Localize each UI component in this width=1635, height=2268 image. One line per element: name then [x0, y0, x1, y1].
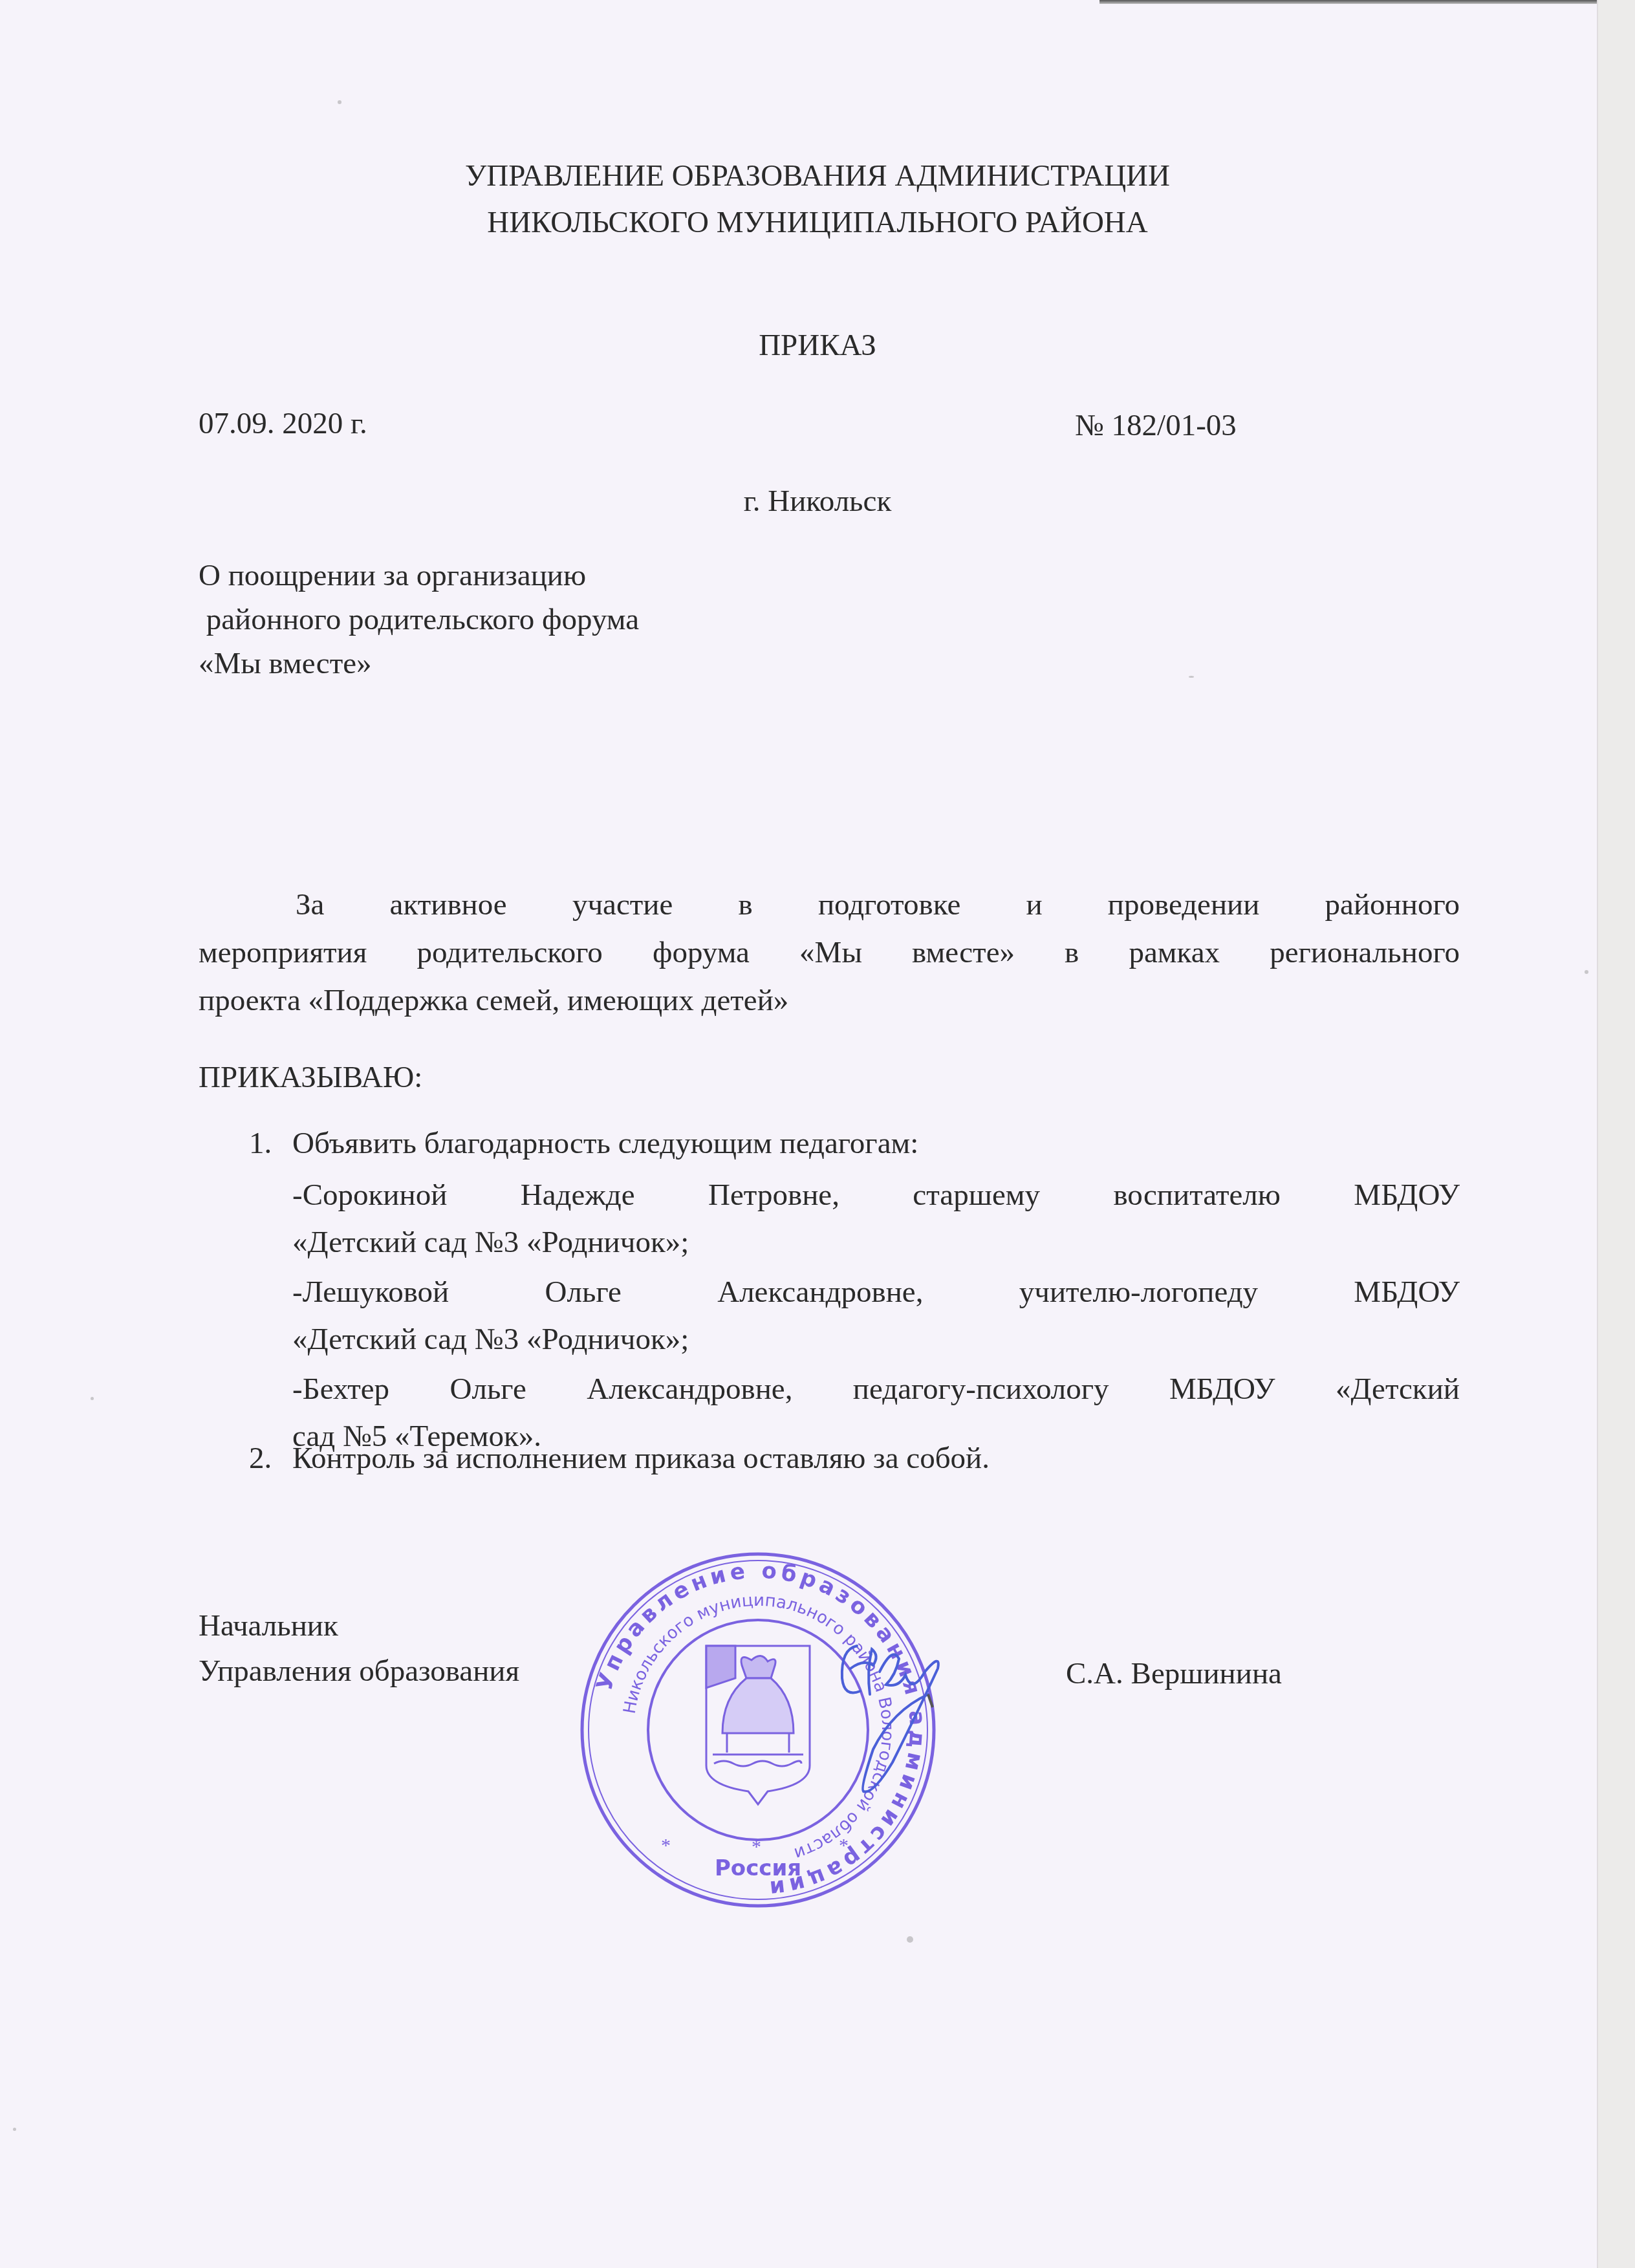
preamble-line3: проекта «Поддержка семей, имеющих детей» [199, 976, 788, 1025]
stamp-star-icon: * [752, 1836, 761, 1857]
recipient-line: -Бехтер Ольге Александровне, педагогу-пс… [292, 1365, 1460, 1414]
preamble-line2: мероприятия родительского форума «Мы вме… [199, 928, 1460, 977]
preamble-line1: За активное участие в подготовке и прове… [296, 880, 1460, 929]
subject-line2: районного родительского форума [199, 595, 639, 644]
scan-speck [91, 1397, 94, 1400]
org-name-line1: УПРАВЛЕНИЕ ОБРАЗОВАНИЯ АДМИНИСТРАЦИИ [0, 151, 1635, 200]
stamp-bottom-text: Россия [715, 1855, 801, 1881]
subject-line3: «Мы вместе» [199, 639, 372, 688]
coat-of-arms-icon [706, 1646, 810, 1804]
doc-type-title: ПРИКАЗ [0, 321, 1635, 370]
item-text: Объявить благодарность следующим педагог… [292, 1119, 918, 1168]
signer-title-line1: Начальник [199, 1601, 338, 1650]
order-word: ПРИКАЗЫВАЮ: [199, 1053, 422, 1102]
order-date: 07.09. 2020 г. [199, 399, 367, 448]
signer-title-line2: Управления образования [199, 1647, 519, 1696]
scan-speck [338, 100, 341, 104]
scan-speck [907, 1936, 913, 1943]
order-city: г. Никольск [0, 477, 1635, 526]
subject-line1: О поощрении за организацию [199, 551, 586, 600]
stamp-star-icon: * [839, 1835, 849, 1856]
item-number: 1. [249, 1119, 272, 1168]
scan-top-shadow [1099, 0, 1635, 4]
stamp-star-icon: * [661, 1835, 671, 1856]
recipient-line: -Сорокиной Надежде Петровне, старшему во… [292, 1171, 1460, 1220]
item-text: Контроль за исполнением приказа оставляю… [292, 1434, 990, 1483]
scan-speck [1189, 676, 1194, 678]
org-name-line2: НИКОЛЬСКОГО МУНИЦИПАЛЬНОГО РАЙОНА [0, 198, 1635, 247]
recipient-line: «Детский сад №3 «Родничок»; [292, 1218, 689, 1267]
scan-speck [13, 2128, 16, 2131]
item-number: 2. [249, 1434, 272, 1483]
recipient-line: «Детский сад №3 «Родничок»; [292, 1315, 689, 1364]
handwritten-signature [834, 1633, 964, 1801]
scan-speck [1585, 970, 1588, 974]
order-number: № 182/01-03 [1075, 401, 1237, 450]
recipient-line: -Лешуковой Ольге Александровне, учителю-… [292, 1268, 1460, 1317]
signer-name: С.А. Вершинина [1066, 1649, 1282, 1698]
